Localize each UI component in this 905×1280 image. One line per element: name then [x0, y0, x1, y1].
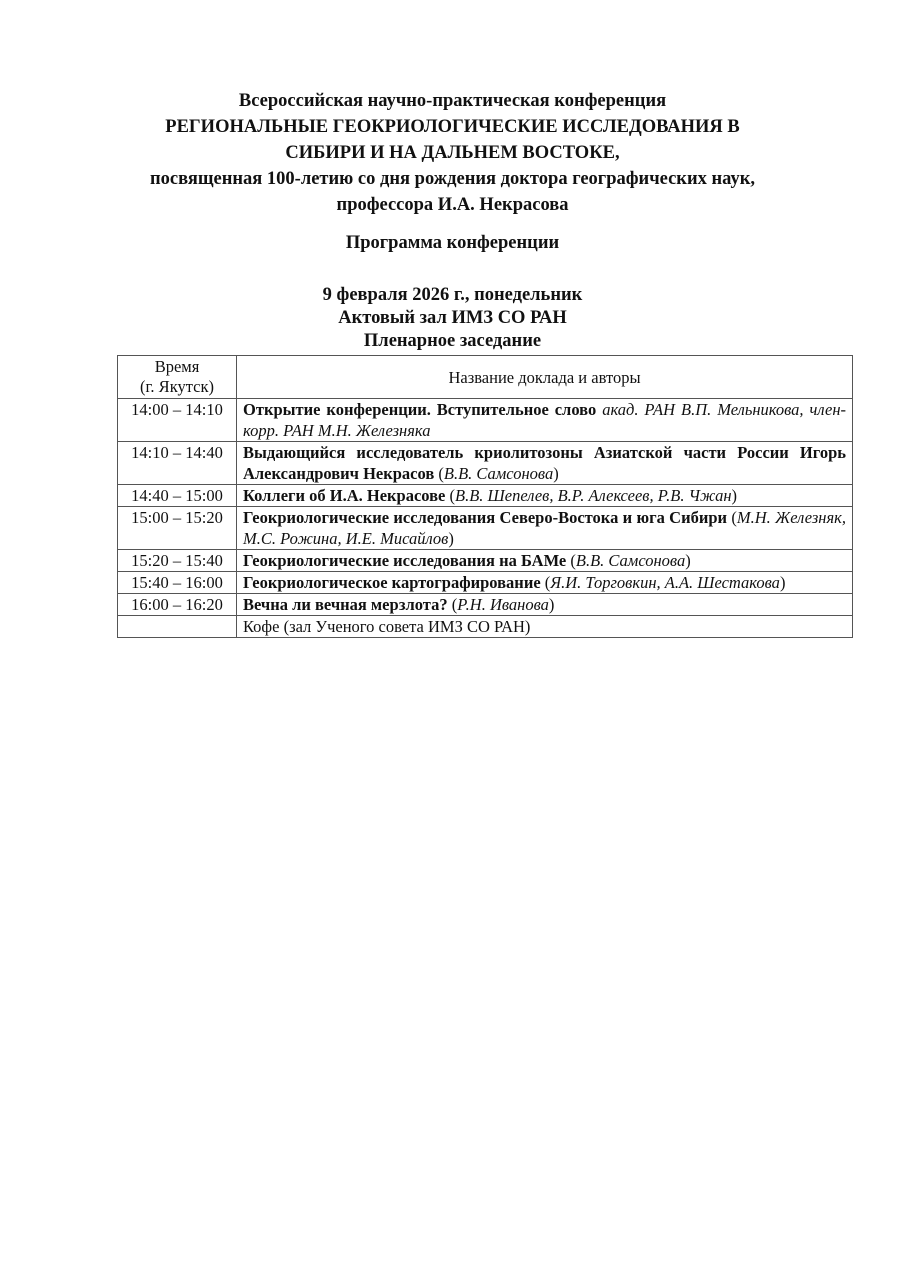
- talk-title: Геокриологические исследования на БАМе: [243, 551, 566, 570]
- row-talk: Кофе (зал Ученого совета ИМЗ СО РАН): [237, 616, 853, 638]
- program-table: Время (г. Якутск) Название доклада и авт…: [117, 355, 853, 638]
- table-row: 15:20 – 15:40Геокриологические исследова…: [118, 550, 853, 572]
- header-line-5: профессора И.А. Некрасова: [0, 192, 905, 218]
- talk-title: Открытие конференции. Вступительное слов…: [243, 400, 596, 419]
- row-note: Кофе (зал Ученого совета ИМЗ СО РАН): [243, 617, 530, 636]
- time-column-header: Время (г. Якутск): [118, 356, 237, 399]
- authors-close: ): [549, 595, 555, 614]
- header-line-3: СИБИРИ И НА ДАЛЬНЕМ ВОСТОКЕ,: [0, 140, 905, 166]
- talk-title: Вечна ли вечная мерзлота?: [243, 595, 448, 614]
- authors-close: ): [448, 529, 454, 548]
- talk-authors: В.В. Самсонова: [444, 464, 553, 483]
- table-header-row: Время (г. Якутск) Название доклада и авт…: [118, 356, 853, 399]
- table-row: Кофе (зал Ученого совета ИМЗ СО РАН): [118, 616, 853, 638]
- talk-authors: Р.Н. Иванова: [457, 595, 549, 614]
- row-talk: Открытие конференции. Вступительное слов…: [237, 399, 853, 442]
- header-line-4: посвященная 100-летию со дня рождения до…: [0, 166, 905, 192]
- authors-open: (: [727, 508, 737, 527]
- table-row: 14:00 – 14:10Открытие конференции. Вступ…: [118, 399, 853, 442]
- table-row: 15:40 – 16:00Геокриологическое картограф…: [118, 572, 853, 594]
- header-line-1: Всероссийская научно-практическая конфер…: [0, 88, 905, 114]
- row-time: 14:40 – 15:00: [118, 485, 237, 507]
- row-time: 15:20 – 15:40: [118, 550, 237, 572]
- program-title: Программа конференции: [0, 233, 905, 254]
- table-row: 14:10 – 14:40Выдающийся исследователь кр…: [118, 442, 853, 485]
- table-row: 14:40 – 15:00Коллеги об И.А. Некрасове (…: [118, 485, 853, 507]
- row-talk: Геокриологическое картографирование (Я.И…: [237, 572, 853, 594]
- row-talk: Выдающийся исследователь криолитозоны Аз…: [237, 442, 853, 485]
- day-info: 9 февраля 2026 г., понедельник Актовый з…: [0, 284, 905, 353]
- day-venue: Актовый зал ИМЗ СО РАН: [0, 307, 905, 330]
- authors-close: ): [732, 486, 738, 505]
- authors-open: (: [448, 595, 458, 614]
- day-session: Пленарное заседание: [0, 330, 905, 353]
- authors-open: (: [541, 573, 551, 592]
- talk-title: Коллеги об И.А. Некрасове: [243, 486, 445, 505]
- row-talk: Геокриологические исследования на БАМе (…: [237, 550, 853, 572]
- authors-close: ): [780, 573, 786, 592]
- day-date: 9 февраля 2026 г., понедельник: [0, 284, 905, 307]
- talk-title: Геокриологические исследования Северо-Во…: [243, 508, 727, 527]
- authors-open: (: [434, 464, 444, 483]
- talk-authors: В.В. Шепелев, В.Р. Алексеев, Р.В. Чжан: [455, 486, 732, 505]
- talk-title: Геокриологическое картографирование: [243, 573, 541, 592]
- row-time: 14:00 – 14:10: [118, 399, 237, 442]
- table-row: 15:00 – 15:20Геокриологические исследова…: [118, 507, 853, 550]
- authors-close: ): [685, 551, 691, 570]
- talk-column-header: Название доклада и авторы: [237, 356, 853, 399]
- row-time: 16:00 – 16:20: [118, 594, 237, 616]
- time-header-zone: (г. Якутск): [140, 377, 214, 396]
- row-time: 15:00 – 15:20: [118, 507, 237, 550]
- authors-open: (: [445, 486, 455, 505]
- time-header-label: Время: [155, 357, 200, 376]
- header-line-2: РЕГИОНАЛЬНЫЕ ГЕОКРИОЛОГИЧЕСКИЕ ИССЛЕДОВА…: [0, 114, 905, 140]
- conference-header: Всероссийская научно-практическая конфер…: [0, 88, 905, 218]
- row-time: [118, 616, 237, 638]
- talk-authors: В.В. Самсонова: [576, 551, 685, 570]
- talk-authors: Я.И. Торговкин, А.А. Шестакова: [550, 573, 780, 592]
- row-time: 15:40 – 16:00: [118, 572, 237, 594]
- row-talk: Вечна ли вечная мерзлота? (Р.Н. Иванова): [237, 594, 853, 616]
- row-talk: Коллеги об И.А. Некрасове (В.В. Шепелев,…: [237, 485, 853, 507]
- authors-close: ): [553, 464, 559, 483]
- row-time: 14:10 – 14:40: [118, 442, 237, 485]
- row-talk: Геокриологические исследования Северо-Во…: [237, 507, 853, 550]
- authors-open: (: [566, 551, 576, 570]
- table-row: 16:00 – 16:20Вечна ли вечная мерзлота? (…: [118, 594, 853, 616]
